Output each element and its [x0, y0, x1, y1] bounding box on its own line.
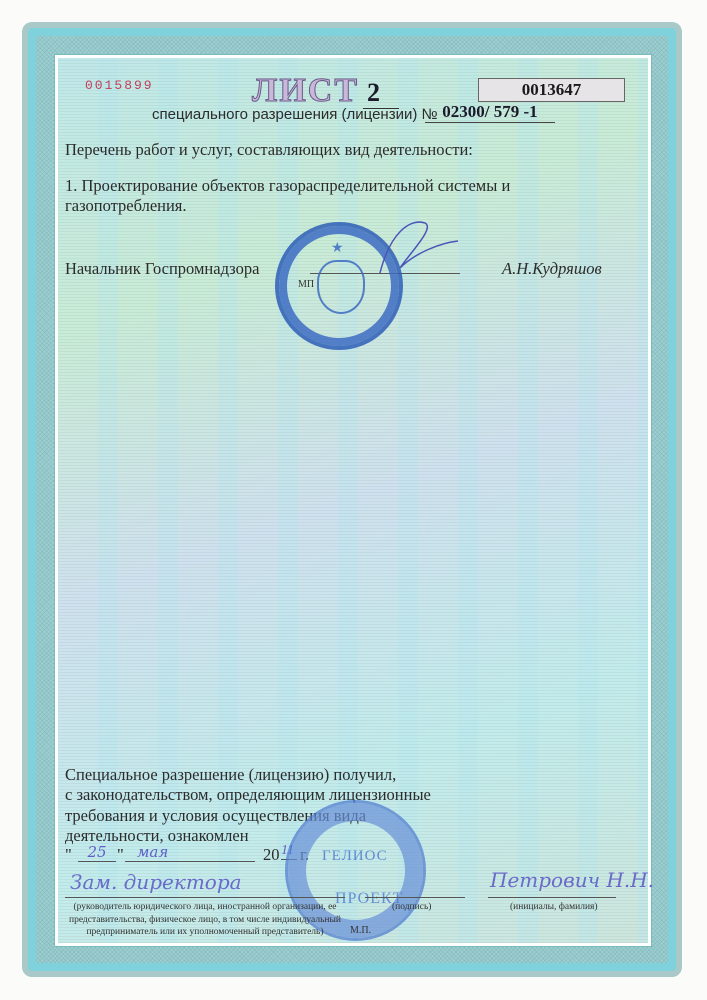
name-caption: (инициалы, фамилия) [510, 901, 598, 914]
issuer-position: Начальник Госпромнадзора [65, 259, 259, 279]
recipient-statement-line: с законодательством, определяющим лиценз… [65, 785, 431, 805]
date-day: 25 [78, 843, 116, 862]
emblem-icon [317, 260, 365, 314]
recipient-name-handwritten: Петрович Н.Н. [490, 868, 654, 892]
sheet-number: 2 [363, 78, 399, 109]
signature-line [365, 897, 465, 898]
issuer-signature-icon [370, 213, 460, 283]
issuer-seal-label: МП [298, 279, 314, 290]
date-quote-close: " [117, 845, 124, 865]
company-stamp-top: ГЕЛИОС [322, 848, 388, 865]
recipient-position-handwritten: Зам. директора [70, 870, 242, 894]
recipient-seal-label: М.П. [350, 925, 371, 936]
serial-number: 0015899 [85, 78, 154, 93]
form-number-box: 0013647 [478, 78, 625, 102]
recipient-statement-line: Специальное разрешение (лицензию) получи… [65, 765, 396, 785]
position-line [65, 897, 345, 898]
license-label: специального разрешения (лицензии) № [152, 106, 438, 123]
license-number: 02300/ 579 -1 [425, 102, 555, 123]
position-caption: (руководитель юридического лица, иностра… [55, 901, 355, 939]
work-item-continued: газопотребления. [65, 196, 187, 216]
signature-caption: (подпись) [392, 901, 431, 914]
sheet-title: ЛИСТ [252, 72, 359, 110]
date-month: мая [125, 843, 255, 862]
issuer-name: А.Н.Кудряшов [502, 259, 602, 279]
work-item: 1. Проектирование объектов газораспредел… [65, 176, 510, 196]
star-icon: ★ [331, 240, 344, 257]
name-line [488, 897, 616, 898]
date-year-prefix: 20 [263, 845, 280, 865]
date-quote-open: " [65, 845, 72, 865]
works-intro: Перечень работ и услуг, составляющих вид… [65, 140, 473, 160]
